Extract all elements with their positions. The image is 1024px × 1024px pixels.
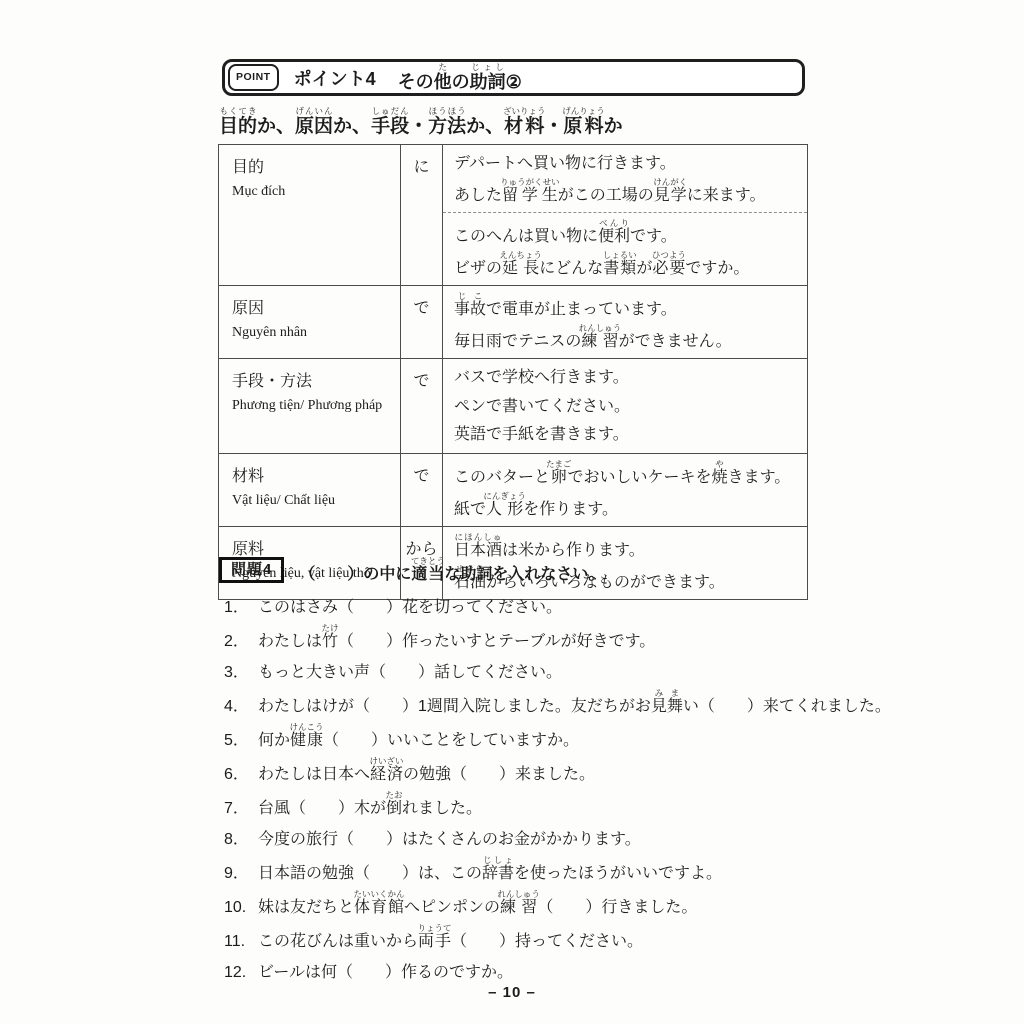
question-list: 1．このはさみ（ ）花を切ってください。2．わたしは竹たけ（ ）作ったいすとテー… xyxy=(224,592,891,988)
grammar-table: 目的Mục đíchにデパートへ買い物に行きます。あした留学生りゅうがくせいがこ… xyxy=(218,144,808,600)
question-line: 11.この花びんは重いから両手りょうて（ ）持ってください。 xyxy=(224,923,891,957)
question-number: 4． xyxy=(224,691,258,722)
exercise-instruction: （ ）の中に適当てきとうな助詞を入れなさい。 xyxy=(299,556,604,584)
category-cell: 目的Mục đích xyxy=(219,145,401,286)
question-text: 妹は友だちと体育館たいいくかんへピンポンの練習れんしゅう（ ）行きました。 xyxy=(258,899,697,916)
table-row: 目的Mục đíchにデパートへ買い物に行きます。あした留学生りゅうがくせいがこ… xyxy=(219,145,808,286)
example-group: バスで学校へ行きます。ペンで書いてください。英語で手紙を書きます。 xyxy=(443,359,807,453)
particle-cell: で xyxy=(401,286,443,359)
question-number: 8． xyxy=(224,824,258,855)
example-sentence: 英語で手紙を書きます。 xyxy=(454,421,803,450)
example-sentence: 毎日雨でテニスの練習れんしゅうができません。 xyxy=(454,323,803,355)
category-translation: Phương tiện/ Phương pháp xyxy=(219,393,400,414)
example-group: このバターと卵たまごでおいしいケーキを焼やきます。紙で人形にんぎょうを作ります。 xyxy=(443,454,807,526)
table-row: 原因Nguyên nhânで事故じこで電車が止まっています。毎日雨でテニスの練習… xyxy=(219,286,808,359)
example-sentence: このバターと卵たまごでおいしいケーキを焼やきます。 xyxy=(454,459,803,491)
question-number: 6． xyxy=(224,759,258,790)
question-number: 5． xyxy=(224,725,258,756)
question-line: 6．わたしは日本へ経済けいざいの勉強（ ）来ました。 xyxy=(224,756,891,790)
example-sentence: デパートへ買い物に行きます。 xyxy=(454,150,803,177)
question-text: もっと大きい声（ ）話してください。 xyxy=(258,664,562,681)
example-sentence: あした留学生りゅうがくせいがこの工場の見学けんがくに来ます。 xyxy=(454,177,803,209)
category-cell: 原因Nguyên nhân xyxy=(219,286,401,359)
question-line: 5．何か健康けんこう（ ）いいことをしていますか。 xyxy=(224,722,891,756)
question-number: 3． xyxy=(224,657,258,688)
question-line: 3．もっと大きい声（ ）話してください。 xyxy=(224,657,891,688)
question-number: 2． xyxy=(224,626,258,657)
question-text: わたしは日本へ経済けいざいの勉強（ ）来ました。 xyxy=(258,766,595,783)
example-sentence: ビザの延長えんちょうにどんな書類しょるいが必要ひつようですか。 xyxy=(454,250,803,282)
particle-cell: で xyxy=(401,453,443,526)
question-text: わたしは竹たけ（ ）作ったいすとテーブルが好きです。 xyxy=(258,633,655,650)
question-line: 2．わたしは竹たけ（ ）作ったいすとテーブルが好きです。 xyxy=(224,623,891,657)
example-sentence: ペンで書いてください。 xyxy=(454,393,803,422)
table-row: 手段・方法Phương tiện/ Phương phápでバスで学校へ行きます… xyxy=(219,359,808,454)
example-sentence: このへんは買い物に便利べんりです。 xyxy=(454,218,803,250)
examples-cell: 事故じこで電車が止まっています。毎日雨でテニスの練習れんしゅうができません。 xyxy=(443,286,808,359)
examples-cell: デパートへ買い物に行きます。あした留学生りゅうがくせいがこの工場の見学けんがくに… xyxy=(443,145,808,286)
question-number: 7． xyxy=(224,793,258,824)
particle-cell: で xyxy=(401,359,443,454)
question-line: 9．日本語の勉強（ ）は、この辞書じしょを使ったほうがいいですよ。 xyxy=(224,855,891,889)
intro-line: 目的もくてきか、原因げんいんか、手段しゅだん・方法ほうほうか、材料ざいりょう・原… xyxy=(219,106,623,142)
example-group: デパートへ買い物に行きます。あした留学生りゅうがくせいがこの工場の見学けんがくに… xyxy=(443,145,807,212)
category-translation: Vật liệu/ Chất liệu xyxy=(219,488,400,509)
textbook-page: POINT ポイント4 その他たの助詞じょし② 目的もくてきか、原因げんいんか、… xyxy=(0,0,1024,1024)
question-text: ビールは何（ ）作るのですか。 xyxy=(258,964,513,981)
question-number: 9． xyxy=(224,858,258,889)
question-text: わたしはけが（ ）1週間入院しました。友だちがお見舞みまい（ ）来てくれました。 xyxy=(258,698,891,715)
example-group: 事故じこで電車が止まっています。毎日雨でテニスの練習れんしゅうができません。 xyxy=(443,286,807,358)
question-text: 台風（ ）木が倒たおれました。 xyxy=(258,800,482,817)
question-line: 1．このはさみ（ ）花を切ってください。 xyxy=(224,592,891,623)
table-row: 材料Vật liệu/ Chất liệuでこのバターと卵たまごでおいしいケーキ… xyxy=(219,453,808,526)
category-cell: 材料Vật liệu/ Chất liệu xyxy=(219,453,401,526)
example-sentence: 事故じこで電車が止まっています。 xyxy=(454,291,803,323)
section-title: ポイント4 xyxy=(294,65,376,91)
point-header-bar: POINT ポイント4 その他たの助詞じょし② xyxy=(222,59,805,96)
examples-cell: このバターと卵たまごでおいしいケーキを焼やきます。紙で人形にんぎょうを作ります。 xyxy=(443,453,808,526)
question-number: 10. xyxy=(224,892,258,923)
category-translation: Nguyên nhân xyxy=(219,320,400,341)
category-translation: Mục đích xyxy=(219,179,400,200)
example-sentence: 紙で人形にんぎょうを作ります。 xyxy=(454,491,803,523)
point-badge: POINT xyxy=(228,64,279,91)
question-line: 4．わたしはけが（ ）1週間入院しました。友だちがお見舞みまい（ ）来てくれまし… xyxy=(224,688,891,722)
exercise-label: 問題4 xyxy=(219,557,284,583)
question-text: 何か健康けんこう（ ）いいことをしていますか。 xyxy=(258,732,579,749)
example-group: このへんは買い物に便利べんりです。ビザの延長えんちょうにどんな書類しょるいが必要… xyxy=(443,212,807,285)
question-line: 8．今度の旅行（ ）はたくさんのお金がかかります。 xyxy=(224,824,891,855)
question-line: 10.妹は友だちと体育館たいいくかんへピンポンの練習れんしゅう（ ）行きました。 xyxy=(224,889,891,923)
question-text: このはさみ（ ）花を切ってください。 xyxy=(258,599,562,616)
question-line: 7．台風（ ）木が倒たおれました。 xyxy=(224,790,891,824)
question-number: 1． xyxy=(224,592,258,623)
exercise-header: 問題4 （ ）の中に適当てきとうな助詞を入れなさい。 xyxy=(219,556,604,584)
examples-cell: バスで学校へ行きます。ペンで書いてください。英語で手紙を書きます。 xyxy=(443,359,808,454)
particle-cell: に xyxy=(401,145,443,286)
category-label: 原因 xyxy=(219,286,400,320)
question-text: 今度の旅行（ ）はたくさんのお金がかかります。 xyxy=(258,831,641,848)
page-number: – 10 – xyxy=(0,984,1024,1001)
example-sentence: バスで学校へ行きます。 xyxy=(454,364,803,393)
category-label: 目的 xyxy=(219,145,400,179)
section-subtitle: その他たの助詞じょし② xyxy=(398,62,522,94)
category-cell: 手段・方法Phương tiện/ Phương pháp xyxy=(219,359,401,454)
category-label: 手段・方法 xyxy=(219,359,400,393)
question-number: 11. xyxy=(224,926,258,957)
question-text: この花びんは重いから両手りょうて（ ）持ってください。 xyxy=(258,933,643,950)
question-text: 日本語の勉強（ ）は、この辞書じしょを使ったほうがいいですよ。 xyxy=(258,865,722,882)
category-label: 材料 xyxy=(219,454,400,488)
